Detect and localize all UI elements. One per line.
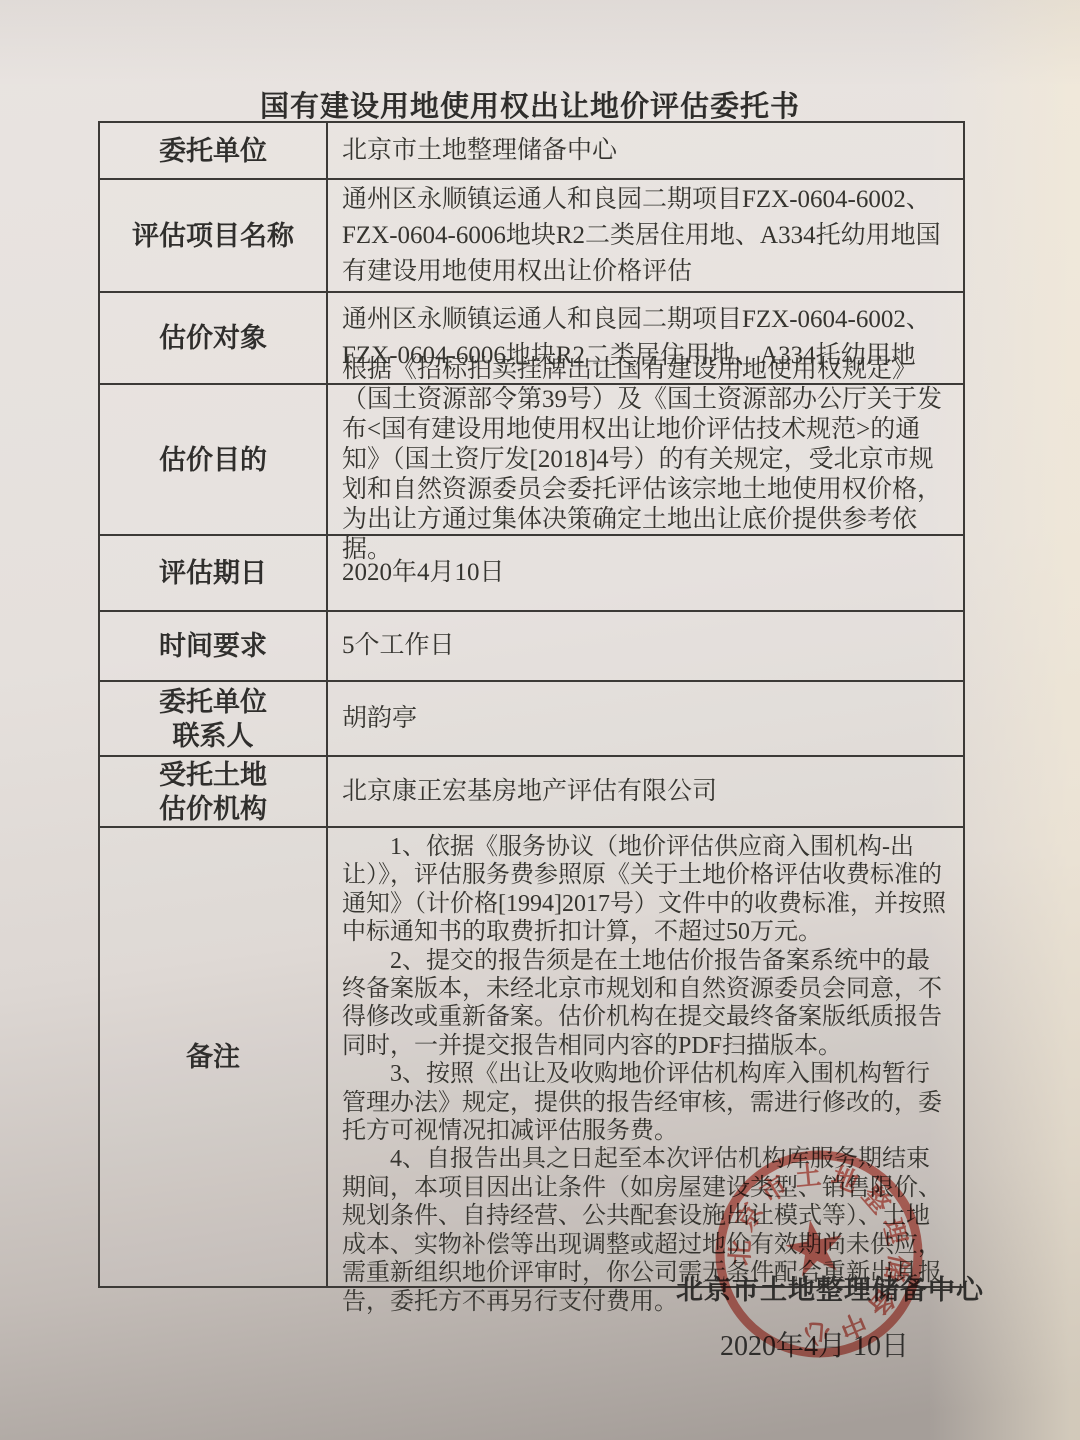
remark-paragraph: 1、依据《服务协议（地价评估供应商入围机构-出让）》，评估服务费参照原《关于土地… xyxy=(342,833,951,947)
row-value-text: 胡韵亭 xyxy=(342,701,951,737)
row-label-text: 估价目的 xyxy=(159,443,267,477)
row-label-text: 评估项目名称 xyxy=(132,219,294,253)
row-label-text: 评估期日 xyxy=(159,556,267,590)
table-row: 估价目的 根据《招标拍卖挂牌出让国有建设用地使用权规定》（国土资源部令第39号）… xyxy=(100,385,963,536)
row-label: 评估期日 xyxy=(100,536,328,610)
row-label: 备注 xyxy=(100,828,328,1286)
table-row: 时间要求 5个工作日 xyxy=(100,612,963,682)
row-label: 时间要求 xyxy=(100,612,328,680)
row-value-text: 根据《招标拍卖挂牌出让国有建设用地使用权规定》（国土资源部令第39号）及《国土资… xyxy=(342,355,951,565)
row-label: 评估项目名称 xyxy=(100,180,328,291)
row-label: 委托单位 xyxy=(100,123,328,178)
row-value-text: 通州区永顺镇运通人和良园二期项目FZX-0604-6002、FZX-0604-6… xyxy=(342,182,951,290)
row-label: 受托土地 估价机构 xyxy=(100,757,328,826)
row-value: 北京康正宏基房地产评估有限公司 xyxy=(328,757,963,826)
row-label: 估价对象 xyxy=(100,293,328,383)
document-photo: 国有建设用地使用权出让地价评估委托书 委托单位 北京市土地整理储备中心 评估项目… xyxy=(0,0,1080,1440)
row-value: 2020年4月10日 xyxy=(328,536,963,610)
row-value: 通州区永顺镇运通人和良园二期项目FZX-0604-6002、FZX-0604-6… xyxy=(328,180,963,291)
row-label-text: 时间要求 xyxy=(159,629,267,663)
table-row: 评估项目名称 通州区永顺镇运通人和良园二期项目FZX-0604-6002、FZX… xyxy=(100,180,963,293)
row-value-text: 北京康正宏基房地产评估有限公司 xyxy=(342,774,951,810)
row-value-text: 北京市土地整理储备中心 xyxy=(342,133,951,169)
official-seal-icon: 北京市土地整理储备中心 xyxy=(680,1115,958,1393)
seal-star-icon xyxy=(782,1215,848,1278)
row-value: 北京市土地整理储备中心 xyxy=(328,123,963,178)
row-label: 估价目的 xyxy=(100,385,328,534)
row-label-text: 委托单位 xyxy=(159,685,267,719)
table-row: 评估期日 2020年4月10日 xyxy=(100,536,963,612)
table-row: 受托土地 估价机构 北京康正宏基房地产评估有限公司 xyxy=(100,757,963,828)
row-value-text: 5个工作日 xyxy=(342,628,951,664)
row-label-text: 备注 xyxy=(186,1040,240,1074)
remark-paragraph: 2、提交的报告须是在土地估价报告备案系统中的最终备案版本，未经北京市规划和自然资… xyxy=(342,947,951,1061)
row-label-text: 委托单位 xyxy=(159,134,267,168)
row-label: 委托单位 联系人 xyxy=(100,682,328,755)
row-label-text: 估价机构 xyxy=(159,792,267,826)
row-label-text: 联系人 xyxy=(173,719,254,753)
row-label-text: 估价对象 xyxy=(159,321,267,355)
row-label-text: 受托土地 xyxy=(159,758,267,792)
table-row: 委托单位 联系人 胡韵亭 xyxy=(100,682,963,757)
commission-form-table: 委托单位 北京市土地整理储备中心 评估项目名称 通州区永顺镇运通人和良园二期项目… xyxy=(98,121,965,1288)
document-title: 国有建设用地使用权出让地价评估委托书 xyxy=(0,84,1060,125)
row-value: 根据《招标拍卖挂牌出让国有建设用地使用权规定》（国土资源部令第39号）及《国土资… xyxy=(328,385,963,534)
row-value: 胡韵亭 xyxy=(328,682,963,755)
row-value-text: 2020年4月10日 xyxy=(342,555,951,591)
table-row: 委托单位 北京市土地整理储备中心 xyxy=(100,123,963,180)
row-value: 5个工作日 xyxy=(328,612,963,680)
